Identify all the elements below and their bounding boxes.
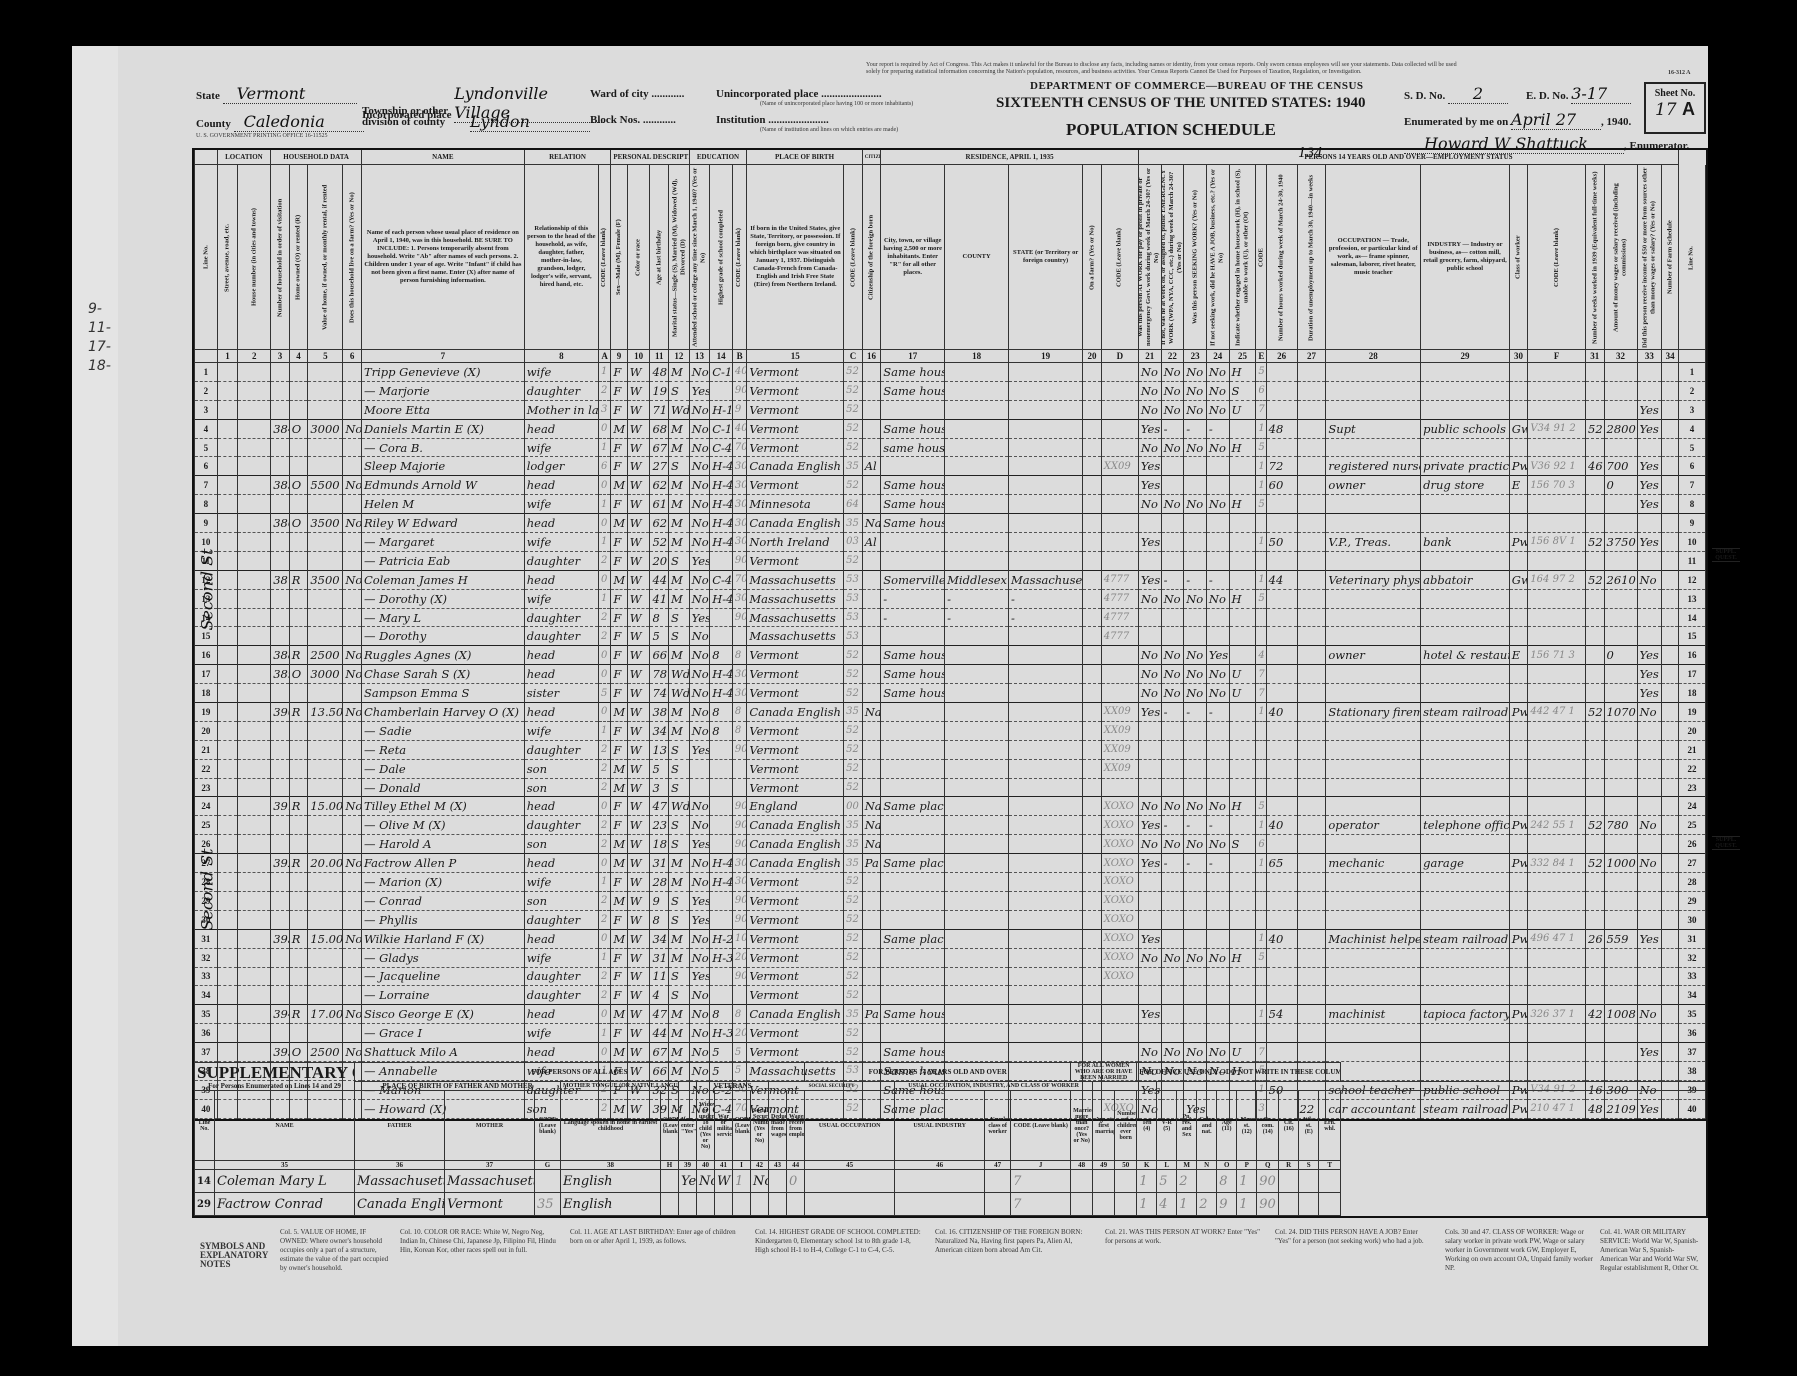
cell-w23	[1184, 551, 1207, 570]
cell-gr: H-4	[710, 854, 733, 873]
cell-house	[238, 419, 271, 438]
cell-w22	[1161, 910, 1184, 929]
sup-cell-w48	[1071, 1170, 1093, 1193]
cell-ce	[1256, 551, 1266, 570]
cell-ce: 5	[1256, 363, 1266, 382]
cell-ca: 2	[598, 381, 610, 400]
note-col14: Col. 14. HIGHEST GRADE OF SCHOOL COMPLET…	[755, 1228, 925, 1255]
cell-cc: 53	[844, 589, 863, 608]
sup-table-row: 29Factrow ConradCanada EnglishVermont35E…	[195, 1193, 1706, 1216]
cell-hrs	[1266, 1043, 1297, 1062]
column-number: 18	[945, 350, 1009, 363]
cell-race: W	[627, 967, 650, 986]
cell-cls: Pw	[1509, 533, 1528, 552]
township-label: Township or other division of county	[362, 106, 482, 128]
column-header: COUNTY	[945, 165, 1009, 350]
note-col10: Col. 10. COLOR OR RACE: White W, Negro N…	[400, 1228, 560, 1255]
cell-birth: Vermont	[747, 1024, 844, 1043]
cell-hh	[271, 551, 290, 570]
column-header: Sex—Male (M), Female (F)	[611, 165, 627, 350]
column-number: 14	[710, 350, 733, 363]
table-row: 1Tripp Genevieve (X)wife1FW48MNoC-140Ver…	[195, 363, 1706, 382]
cell-line-right: 36	[1678, 1024, 1705, 1043]
cell-occ	[1326, 551, 1421, 570]
cell-wage	[1604, 948, 1637, 967]
cell-cf	[1528, 948, 1586, 967]
cell-w21	[1138, 1024, 1161, 1043]
column-header: Line No.	[195, 165, 218, 350]
cell-cf	[1528, 608, 1586, 627]
cell-code_d	[1101, 363, 1138, 382]
sup-column-number: 47	[985, 1161, 1011, 1170]
cell-farm20	[1083, 759, 1102, 778]
cell-street	[217, 684, 238, 703]
sup-column-header: Married more than once? (Yes or No)	[1071, 1091, 1093, 1161]
cell-hrs	[1266, 627, 1297, 646]
cell-hrs: 40	[1266, 703, 1297, 722]
sup-cell-t	[1319, 1193, 1341, 1216]
column-header: Name of each person whose usual place of…	[361, 165, 524, 350]
cell-oth	[1637, 759, 1662, 778]
cell-race: W	[627, 400, 650, 419]
cell-res3	[1009, 438, 1083, 457]
cell-cit	[862, 1024, 881, 1043]
cell-w22	[1161, 721, 1184, 740]
cell-res1: Same house	[881, 514, 945, 533]
cell-hrs	[1266, 495, 1297, 514]
cell-ce	[1256, 759, 1266, 778]
cell-fs	[1662, 703, 1679, 722]
cell-street	[217, 891, 238, 910]
cell-ind: steam railroad shop	[1421, 703, 1510, 722]
cell-farm20	[1083, 589, 1102, 608]
cell-res1: Same house	[881, 646, 945, 665]
cell-res3	[1009, 1024, 1083, 1043]
cell-cit	[862, 873, 881, 892]
cell-own: R	[289, 1005, 308, 1024]
cell-cit	[862, 1043, 881, 1062]
cell-birth: Vermont	[747, 873, 844, 892]
cell-res3	[1009, 929, 1083, 948]
cell-res2	[945, 854, 1009, 873]
cell-cb: 20	[732, 948, 746, 967]
cell-cf	[1528, 627, 1586, 646]
cell-res3	[1009, 948, 1083, 967]
cell-w22	[1161, 1024, 1184, 1043]
cell-w25	[1229, 457, 1256, 476]
cell-name: — Dale	[361, 759, 524, 778]
cell-rel: wife	[524, 873, 598, 892]
cell-sex: F	[611, 627, 627, 646]
confidentiality-notice: Your report is required by Act of Congre…	[866, 62, 1466, 76]
cell-line: 34	[195, 986, 218, 1005]
cell-sex: F	[611, 740, 627, 759]
cell-sex: F	[611, 797, 627, 816]
cell-fs	[1662, 1043, 1679, 1062]
cell-own	[289, 400, 308, 419]
cell-code_d	[1101, 381, 1138, 400]
cell-wks	[1586, 476, 1605, 495]
cell-dur	[1297, 721, 1326, 740]
cell-ind	[1421, 967, 1510, 986]
cell-ca: 0	[598, 419, 610, 438]
cell-val: 2500	[308, 1043, 343, 1062]
cell-w24	[1206, 759, 1229, 778]
cell-dur	[1297, 778, 1326, 797]
cell-cc: 35	[844, 703, 863, 722]
cell-w24	[1206, 514, 1229, 533]
cell-cf	[1528, 835, 1586, 854]
cell-ca: 1	[598, 438, 610, 457]
cell-code_d: XOXO	[1101, 835, 1138, 854]
cell-ind	[1421, 778, 1510, 797]
cell-mar: S	[669, 778, 690, 797]
cell-race: W	[627, 854, 650, 873]
cell-cf	[1528, 381, 1586, 400]
cell-wks	[1586, 759, 1605, 778]
column-number: 33	[1637, 350, 1662, 363]
cell-oth	[1637, 363, 1662, 382]
cell-farm20	[1083, 363, 1102, 382]
cell-ca: 0	[598, 703, 610, 722]
cell-res2	[945, 665, 1009, 684]
cell-res2	[945, 1005, 1009, 1024]
cell-sex: M	[611, 891, 627, 910]
column-header: Class of worker	[1509, 165, 1528, 350]
cell-sch: No	[689, 438, 710, 457]
cell-code_d: XOXO	[1101, 891, 1138, 910]
cell-name: — Marion (X)	[361, 873, 524, 892]
cell-sex: M	[611, 514, 627, 533]
cell-occ	[1326, 400, 1421, 419]
cell-hrs	[1266, 835, 1297, 854]
sup-cell-v40	[697, 1193, 715, 1216]
cell-oth	[1637, 835, 1662, 854]
section-header-row: LOCATION HOUSEHOLD DATA NAME RELATION PE…	[195, 150, 1706, 165]
cell-age: 67	[650, 1043, 669, 1062]
cell-line: 5	[195, 438, 218, 457]
cell-hh	[271, 533, 290, 552]
cell-cc: 52	[844, 363, 863, 382]
cell-dur	[1297, 589, 1326, 608]
cell-hrs	[1266, 1024, 1297, 1043]
cell-farm20	[1083, 778, 1102, 797]
column-number: 16	[862, 350, 881, 363]
cell-w22	[1161, 627, 1184, 646]
cell-dur	[1297, 967, 1326, 986]
cell-fs	[1662, 419, 1679, 438]
cell-cit	[862, 438, 881, 457]
cell-code_d: 4777	[1101, 589, 1138, 608]
street-annotation-1: Second St	[198, 548, 217, 630]
cell-rel: head	[524, 570, 598, 589]
cell-cls	[1509, 778, 1528, 797]
cell-ca: 2	[598, 967, 610, 986]
cell-age: 52	[650, 533, 669, 552]
cell-wage	[1604, 608, 1637, 627]
cell-res3	[1009, 419, 1083, 438]
cell-mar: S	[669, 608, 690, 627]
cell-own: O	[289, 1043, 308, 1062]
cell-age: 34	[650, 721, 669, 740]
cell-hrs: 72	[1266, 457, 1297, 476]
cell-dur	[1297, 570, 1326, 589]
cell-res2	[945, 684, 1009, 703]
cell-cls	[1509, 910, 1528, 929]
cell-cls	[1509, 665, 1528, 684]
cell-res3	[1009, 495, 1083, 514]
cell-occ: operator	[1326, 816, 1421, 835]
cell-w21	[1138, 986, 1161, 1005]
cell-occ	[1326, 740, 1421, 759]
cell-race: W	[627, 589, 650, 608]
cell-age: 74	[650, 684, 669, 703]
sup-cell-q: 90	[1257, 1170, 1279, 1193]
cell-w22	[1161, 457, 1184, 476]
cell-code_d: XX09	[1101, 740, 1138, 759]
cell-line: 23	[195, 778, 218, 797]
cell-farm20	[1083, 665, 1102, 684]
cell-wks	[1586, 910, 1605, 929]
cell-val	[308, 816, 343, 835]
table-row: 11— Patricia Eabdaughter2FW20SYes90Vermo…	[195, 551, 1706, 570]
cell-age: 11	[650, 967, 669, 986]
cell-farm: No	[343, 476, 362, 495]
cell-hh: 390	[271, 703, 290, 722]
cell-farm20	[1083, 476, 1102, 495]
cell-res2	[945, 533, 1009, 552]
sup-column-header: Deductions made from wages?	[769, 1091, 787, 1161]
cell-fs	[1662, 854, 1679, 873]
cell-res2	[945, 816, 1009, 835]
cell-gr: 5	[710, 1043, 733, 1062]
sup-cell-s	[1299, 1193, 1319, 1216]
sup-column-header: MOTHER	[445, 1091, 535, 1161]
cell-occ	[1326, 495, 1421, 514]
sup-column-number: S	[1299, 1161, 1319, 1170]
column-number	[1678, 350, 1705, 363]
cell-w23: -	[1184, 570, 1207, 589]
cell-farm20	[1083, 1043, 1102, 1062]
cell-line: 9	[195, 514, 218, 533]
table-row: 12387R3500NoColeman James Hhead0MW44MNoC…	[195, 570, 1706, 589]
section-relation: RELATION	[524, 150, 611, 165]
cell-w22: No	[1161, 438, 1184, 457]
cell-sch	[689, 778, 710, 797]
cell-w25: S	[1229, 381, 1256, 400]
cell-sch: No	[689, 495, 710, 514]
cell-cls	[1509, 967, 1528, 986]
cell-fs	[1662, 646, 1679, 665]
cell-wage	[1604, 759, 1637, 778]
cell-own	[289, 533, 308, 552]
cell-res1: Same house	[881, 476, 945, 495]
table-row: 29— Conradson2MW9SYes90Vermont52XOXO29	[195, 891, 1706, 910]
cell-cf	[1528, 363, 1586, 382]
cell-ind	[1421, 910, 1510, 929]
cell-line-right: 20	[1678, 721, 1705, 740]
cell-wks	[1586, 873, 1605, 892]
cell-house	[238, 438, 271, 457]
cell-house	[238, 721, 271, 740]
sup-column-header: CODE (Leave blank)	[535, 1091, 561, 1161]
cell-w25	[1229, 778, 1256, 797]
cell-cc: 52	[844, 400, 863, 419]
cell-line: 17	[195, 665, 218, 684]
cell-sch: No	[689, 665, 710, 684]
cell-w21: Yes	[1138, 703, 1161, 722]
cell-hh: 391	[271, 797, 290, 816]
cell-res3	[1009, 1043, 1083, 1062]
section-personal: PERSONAL DESCRIPTION	[611, 150, 689, 165]
cell-age: 67	[650, 438, 669, 457]
column-header: Home owned (O) or rented (R)	[289, 165, 308, 350]
cell-oth: No	[1637, 816, 1662, 835]
cell-house	[238, 854, 271, 873]
cell-occ	[1326, 835, 1421, 854]
cell-line: 22	[195, 759, 218, 778]
cell-cit: Na	[862, 703, 881, 722]
cell-w22: No	[1161, 646, 1184, 665]
cell-line: 6	[195, 457, 218, 476]
cell-fs	[1662, 533, 1679, 552]
cell-gr: C-4	[710, 438, 733, 457]
cell-name: Helen M	[361, 495, 524, 514]
cell-farm20	[1083, 986, 1102, 1005]
cell-val	[308, 891, 343, 910]
cell-cls	[1509, 740, 1528, 759]
cell-val: 17.00	[308, 1005, 343, 1024]
cell-code_d: XOXO	[1101, 873, 1138, 892]
column-header: Does this household live on a farm? (Yes…	[343, 165, 362, 350]
sup-column-number: M	[1177, 1161, 1197, 1170]
cell-cls: Pw	[1509, 854, 1528, 873]
cell-farm	[343, 986, 362, 1005]
cell-res1: -	[881, 608, 945, 627]
cell-oth	[1637, 891, 1662, 910]
cell-res1	[881, 627, 945, 646]
sup-over14-header: FOR PERSONS 14 YEARS OLD AND OVER	[805, 1063, 1071, 1082]
cell-res1: Same house	[881, 419, 945, 438]
cell-rel: head	[524, 1043, 598, 1062]
cell-own	[289, 363, 308, 382]
cell-mar: M	[669, 476, 690, 495]
cell-own	[289, 816, 308, 835]
sup-cell-v39: Yes	[679, 1170, 697, 1193]
cell-name: Shattuck Milo A	[361, 1043, 524, 1062]
cell-ce: 7	[1256, 684, 1266, 703]
cell-street	[217, 797, 238, 816]
cell-w23: No	[1184, 589, 1207, 608]
cell-dur	[1297, 797, 1326, 816]
cell-w24	[1206, 627, 1229, 646]
cell-ind	[1421, 589, 1510, 608]
cell-race: W	[627, 703, 650, 722]
column-header: Indicate whether engaged in home housewo…	[1229, 165, 1256, 350]
cell-cf	[1528, 684, 1586, 703]
cell-gr: H-3	[710, 948, 733, 967]
cell-farm: No	[343, 703, 362, 722]
cell-birth: Massachusetts	[747, 570, 844, 589]
cell-line-right: 28	[1678, 873, 1705, 892]
cell-w21	[1138, 627, 1161, 646]
section-employment: PERSONS 14 YEARS OLD AND OVER—EMPLOYMENT…	[1138, 150, 1678, 165]
cell-ce	[1256, 627, 1266, 646]
cell-w25: S	[1229, 835, 1256, 854]
sup-cell-ss42: No	[751, 1170, 769, 1193]
cell-w23: -	[1184, 419, 1207, 438]
cell-w22	[1161, 986, 1184, 1005]
column-header: Number of hours worked during week of Ma…	[1266, 165, 1297, 350]
cell-wks	[1586, 835, 1605, 854]
cell-oth	[1637, 986, 1662, 1005]
cell-cf: 156 70 3	[1528, 476, 1586, 495]
cell-cit	[862, 381, 881, 400]
section-residence: RESIDENCE, APRIL 1, 1935	[881, 150, 1139, 165]
cell-w22	[1161, 740, 1184, 759]
cell-line-right: 16	[1678, 646, 1705, 665]
cell-val	[308, 608, 343, 627]
cell-code_d: XX09	[1101, 759, 1138, 778]
cell-farm	[343, 1024, 362, 1043]
cell-rel: head	[524, 797, 598, 816]
cell-res1	[881, 759, 945, 778]
cell-w25	[1229, 419, 1256, 438]
supp-quest-tag-29: SUPPL. QUEST.	[1712, 836, 1740, 850]
cell-cc: 52	[844, 873, 863, 892]
cell-wage	[1604, 400, 1637, 419]
cell-ind	[1421, 363, 1510, 382]
cell-street	[217, 740, 238, 759]
cell-oth	[1637, 627, 1662, 646]
cell-hrs: 60	[1266, 476, 1297, 495]
cell-res2	[945, 703, 1009, 722]
sup-cell-code_i: 1	[733, 1170, 751, 1193]
cell-farm	[343, 495, 362, 514]
sup-cell-line: 14	[195, 1170, 215, 1193]
cell-cit	[862, 646, 881, 665]
cell-wage	[1604, 665, 1637, 684]
cell-gr	[710, 627, 733, 646]
cell-ce	[1256, 514, 1266, 533]
column-header: Relationship of this person to the head …	[524, 165, 598, 350]
cell-code_d: 4777	[1101, 608, 1138, 627]
cell-w21: Yes	[1138, 929, 1161, 948]
cell-cit	[862, 721, 881, 740]
cell-oth: Yes	[1637, 665, 1662, 684]
cell-occ	[1326, 684, 1421, 703]
cell-w25	[1229, 929, 1256, 948]
cell-cf	[1528, 721, 1586, 740]
cell-gr: H-4	[710, 589, 733, 608]
cell-oth	[1637, 589, 1662, 608]
cell-cc: 52	[844, 948, 863, 967]
cell-race: W	[627, 1005, 650, 1024]
column-header: CODE (Leave blank)	[732, 165, 746, 350]
cell-cb: 9	[732, 400, 746, 419]
cell-dur	[1297, 703, 1326, 722]
column-header: Attended school or college any time sinc…	[689, 165, 710, 350]
cell-res1	[881, 457, 945, 476]
sup-column-number: 37	[445, 1161, 535, 1170]
cell-w25	[1229, 514, 1256, 533]
cell-wage	[1604, 514, 1637, 533]
cell-name: — Marjorie	[361, 381, 524, 400]
cell-ce	[1256, 608, 1266, 627]
enumerated-field: Enumerated by me on April 27, 1940.	[1404, 110, 1631, 130]
cell-name: Coleman James H	[361, 570, 524, 589]
cell-fs	[1662, 891, 1679, 910]
